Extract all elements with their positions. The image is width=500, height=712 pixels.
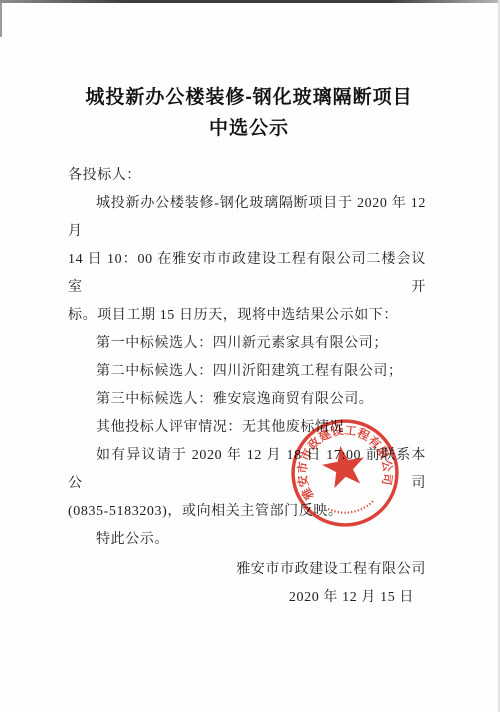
body-line-other-review: 其他投标人评审情况：无其他废标情况 [68,414,426,442]
announcement-document: 城投新办公楼装修-钢化玻璃隔断项目 中选公示 各投标人： 城投新办公楼装修-钢化… [0,0,500,712]
document-title: 城投新办公楼装修-钢化玻璃隔断项目 中选公示 [0,0,498,144]
scan-artifact-left-edge [0,3,2,37]
body-line-candidate-3: 第三中标候选人：雅安宸逸商贸有限公司。 [68,386,426,414]
signature-date: 2020 年 12 月 15 日 [0,584,498,612]
signature-block: 雅安市市政建设工程有限公司 2020 年 12 月 15 日 [0,556,498,612]
body-line-objection-2: (0835-5183203)，或向相关主管部门反映。 [68,498,426,526]
body-line-intro-1: 城投新办公楼装修-钢化玻璃隔断项目于 2020 年 12 月 [68,190,426,246]
title-line-1: 城投新办公楼装修-钢化玻璃隔断项目 [0,82,498,113]
signature-company: 雅安市市政建设工程有限公司 [0,556,498,584]
body-line-salutation: 各投标人： [68,162,426,190]
body-line-intro-2: 14 日 10：00 在雅安市市政建设工程有限公司二楼会议室开 [68,246,426,302]
title-line-2: 中选公示 [0,113,498,144]
body-line-closing: 特此公示。 [68,526,426,554]
document-body: 各投标人： 城投新办公楼装修-钢化玻璃隔断项目于 2020 年 12 月 14 … [0,162,498,554]
body-line-candidate-1: 第一中标候选人：四川新元素家具有限公司； [68,330,426,358]
body-line-objection-1: 如有异议请于 2020 年 12 月 18 日 17:00 前联系本公司 [68,442,426,498]
scan-artifact-top-edge [0,0,498,3]
body-line-candidate-2: 第二中标候选人：四川沂阳建筑工程有限公司； [68,358,426,386]
body-line-intro-3: 标。项目工期 15 日历天，现将中选结果公示如下： [68,302,426,330]
